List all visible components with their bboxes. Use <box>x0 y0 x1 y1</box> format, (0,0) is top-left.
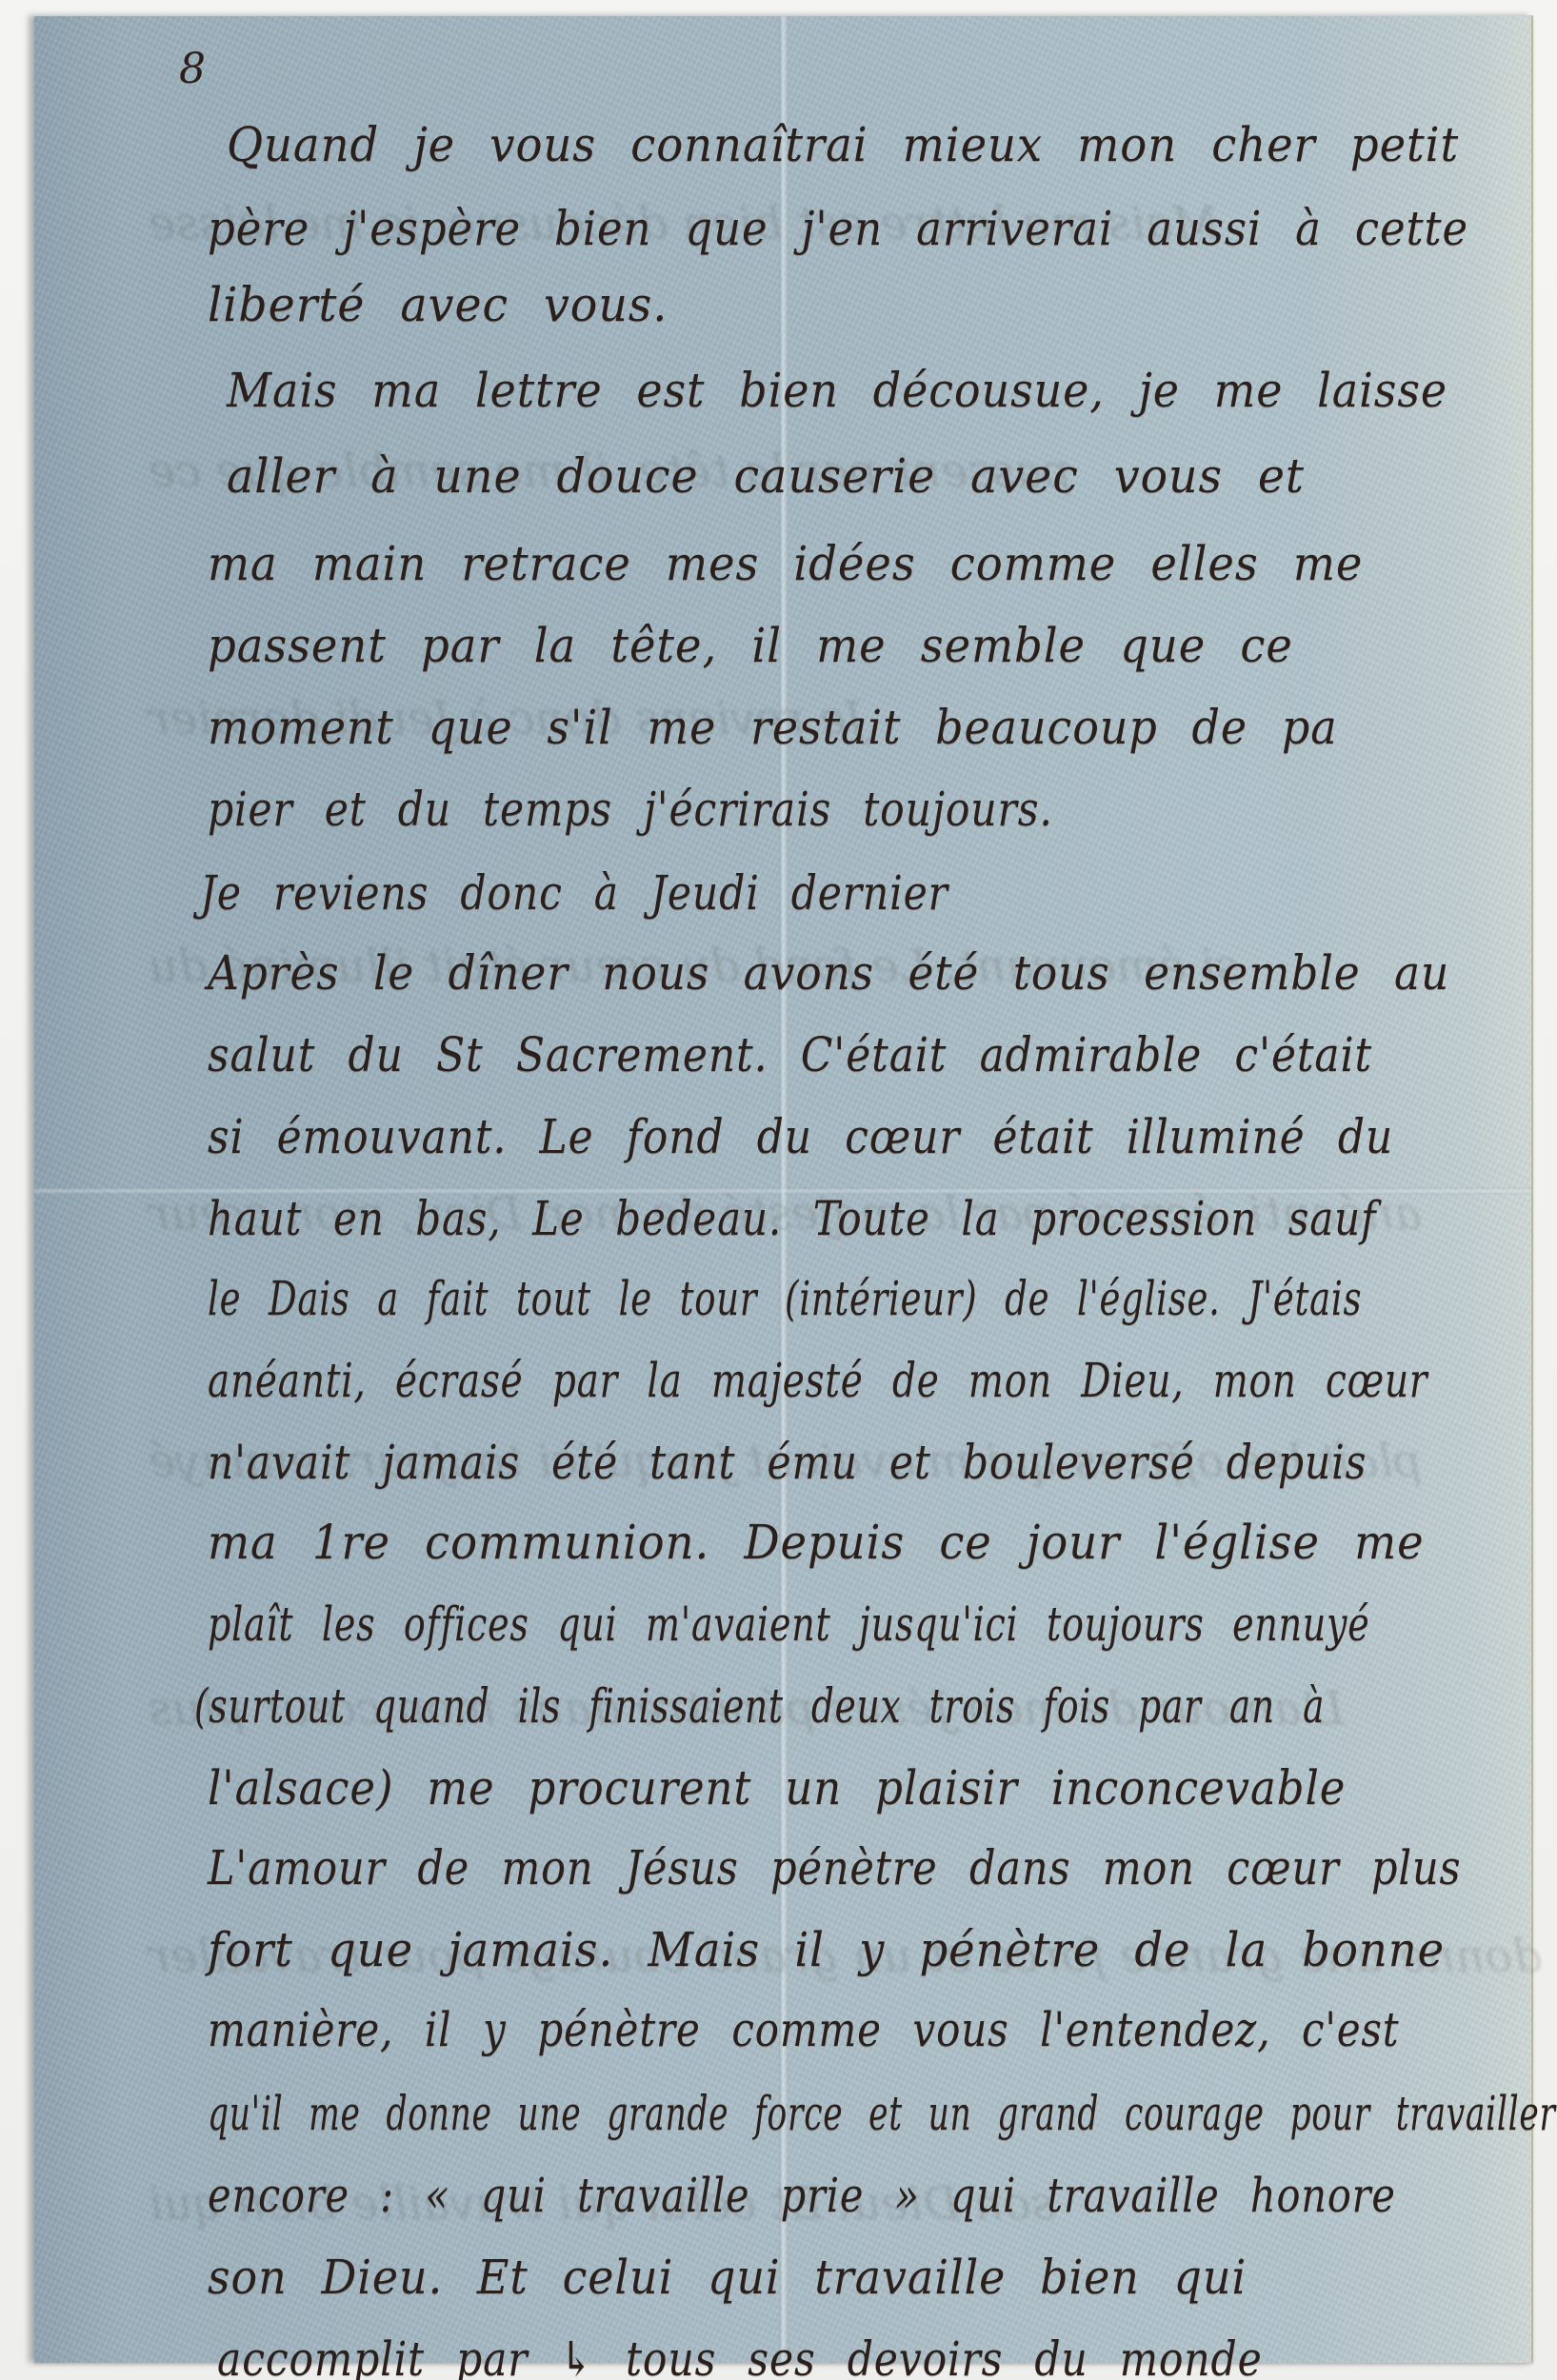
letter-line: ma main retrace mes idées comme elles me <box>208 536 1363 591</box>
letter-line: Quand je vous connaîtrai mieux mon cher … <box>227 117 1459 172</box>
letter-line: Mais ma lettre est bien décousue, je me … <box>227 363 1447 418</box>
letter-line: son Dieu. Et celui qui travaille bien qu… <box>208 2250 1247 2305</box>
letter-line: manière, il y pénètre comme vous l'enten… <box>208 2002 1400 2057</box>
letter-line: l'alsace) me procurent un plaisir inconc… <box>208 1760 1346 1815</box>
letter-line: anéanti, écrasé par la majesté de mon Di… <box>208 1353 1427 1408</box>
letter-line: Je reviens donc à Jeudi dernier <box>200 865 948 921</box>
letter-line: (surtout quand ils finissaient deux troi… <box>194 1678 1325 1734</box>
letter-line: fort que jamais. Mais il y pénètre de la… <box>208 1922 1445 1977</box>
letter-line: Après le dîner nous avons été tous ensem… <box>208 945 1449 1001</box>
letter-line: haut en bas, Le bedeau. Toute la process… <box>208 1191 1376 1246</box>
letter-line: salut du St Sacrement. C'était admirable… <box>208 1027 1372 1082</box>
letter-line: aller à une douce causerie avec vous et <box>227 448 1305 504</box>
letter-line: L'amour de mon Jésus pénètre dans mon cœ… <box>208 1840 1461 1895</box>
letter-line: père j'espère bien que j'en arriverai au… <box>208 201 1468 256</box>
letter-line: encore : « qui travaille prie » qui trav… <box>208 2168 1396 2223</box>
letter-line: passent par la tête, il me semble que ce <box>208 618 1293 673</box>
letter-line: si émouvant. Le fond du cœur était illum… <box>208 1109 1393 1164</box>
letter-line: qu'il me donne une grande force et un gr… <box>208 2086 1556 2141</box>
letter-line: n'avait jamais été tant ému et boulevers… <box>208 1435 1367 1490</box>
letter-line: accomplit par ↳ tous ses devoirs du mond… <box>217 2331 1263 2380</box>
page-number: 8 <box>179 45 206 93</box>
letter-line: pier et du temps j'écrirais toujours. <box>208 782 1053 837</box>
letter-line: le Dais a fait tout le tour (intérieur) … <box>208 1271 1362 1326</box>
letter-line: ma 1re communion. Depuis ce jour l'églis… <box>208 1515 1425 1570</box>
letter-line: liberté avec vous. <box>208 277 668 332</box>
letter-line: moment que s'il me restait beaucoup de p… <box>208 700 1338 755</box>
letter-line: plaît les offices qui m'avaient jusqu'ic… <box>208 1597 1370 1652</box>
letter-page: Mais ma lettre est bien décousue, je me … <box>34 15 1533 2363</box>
